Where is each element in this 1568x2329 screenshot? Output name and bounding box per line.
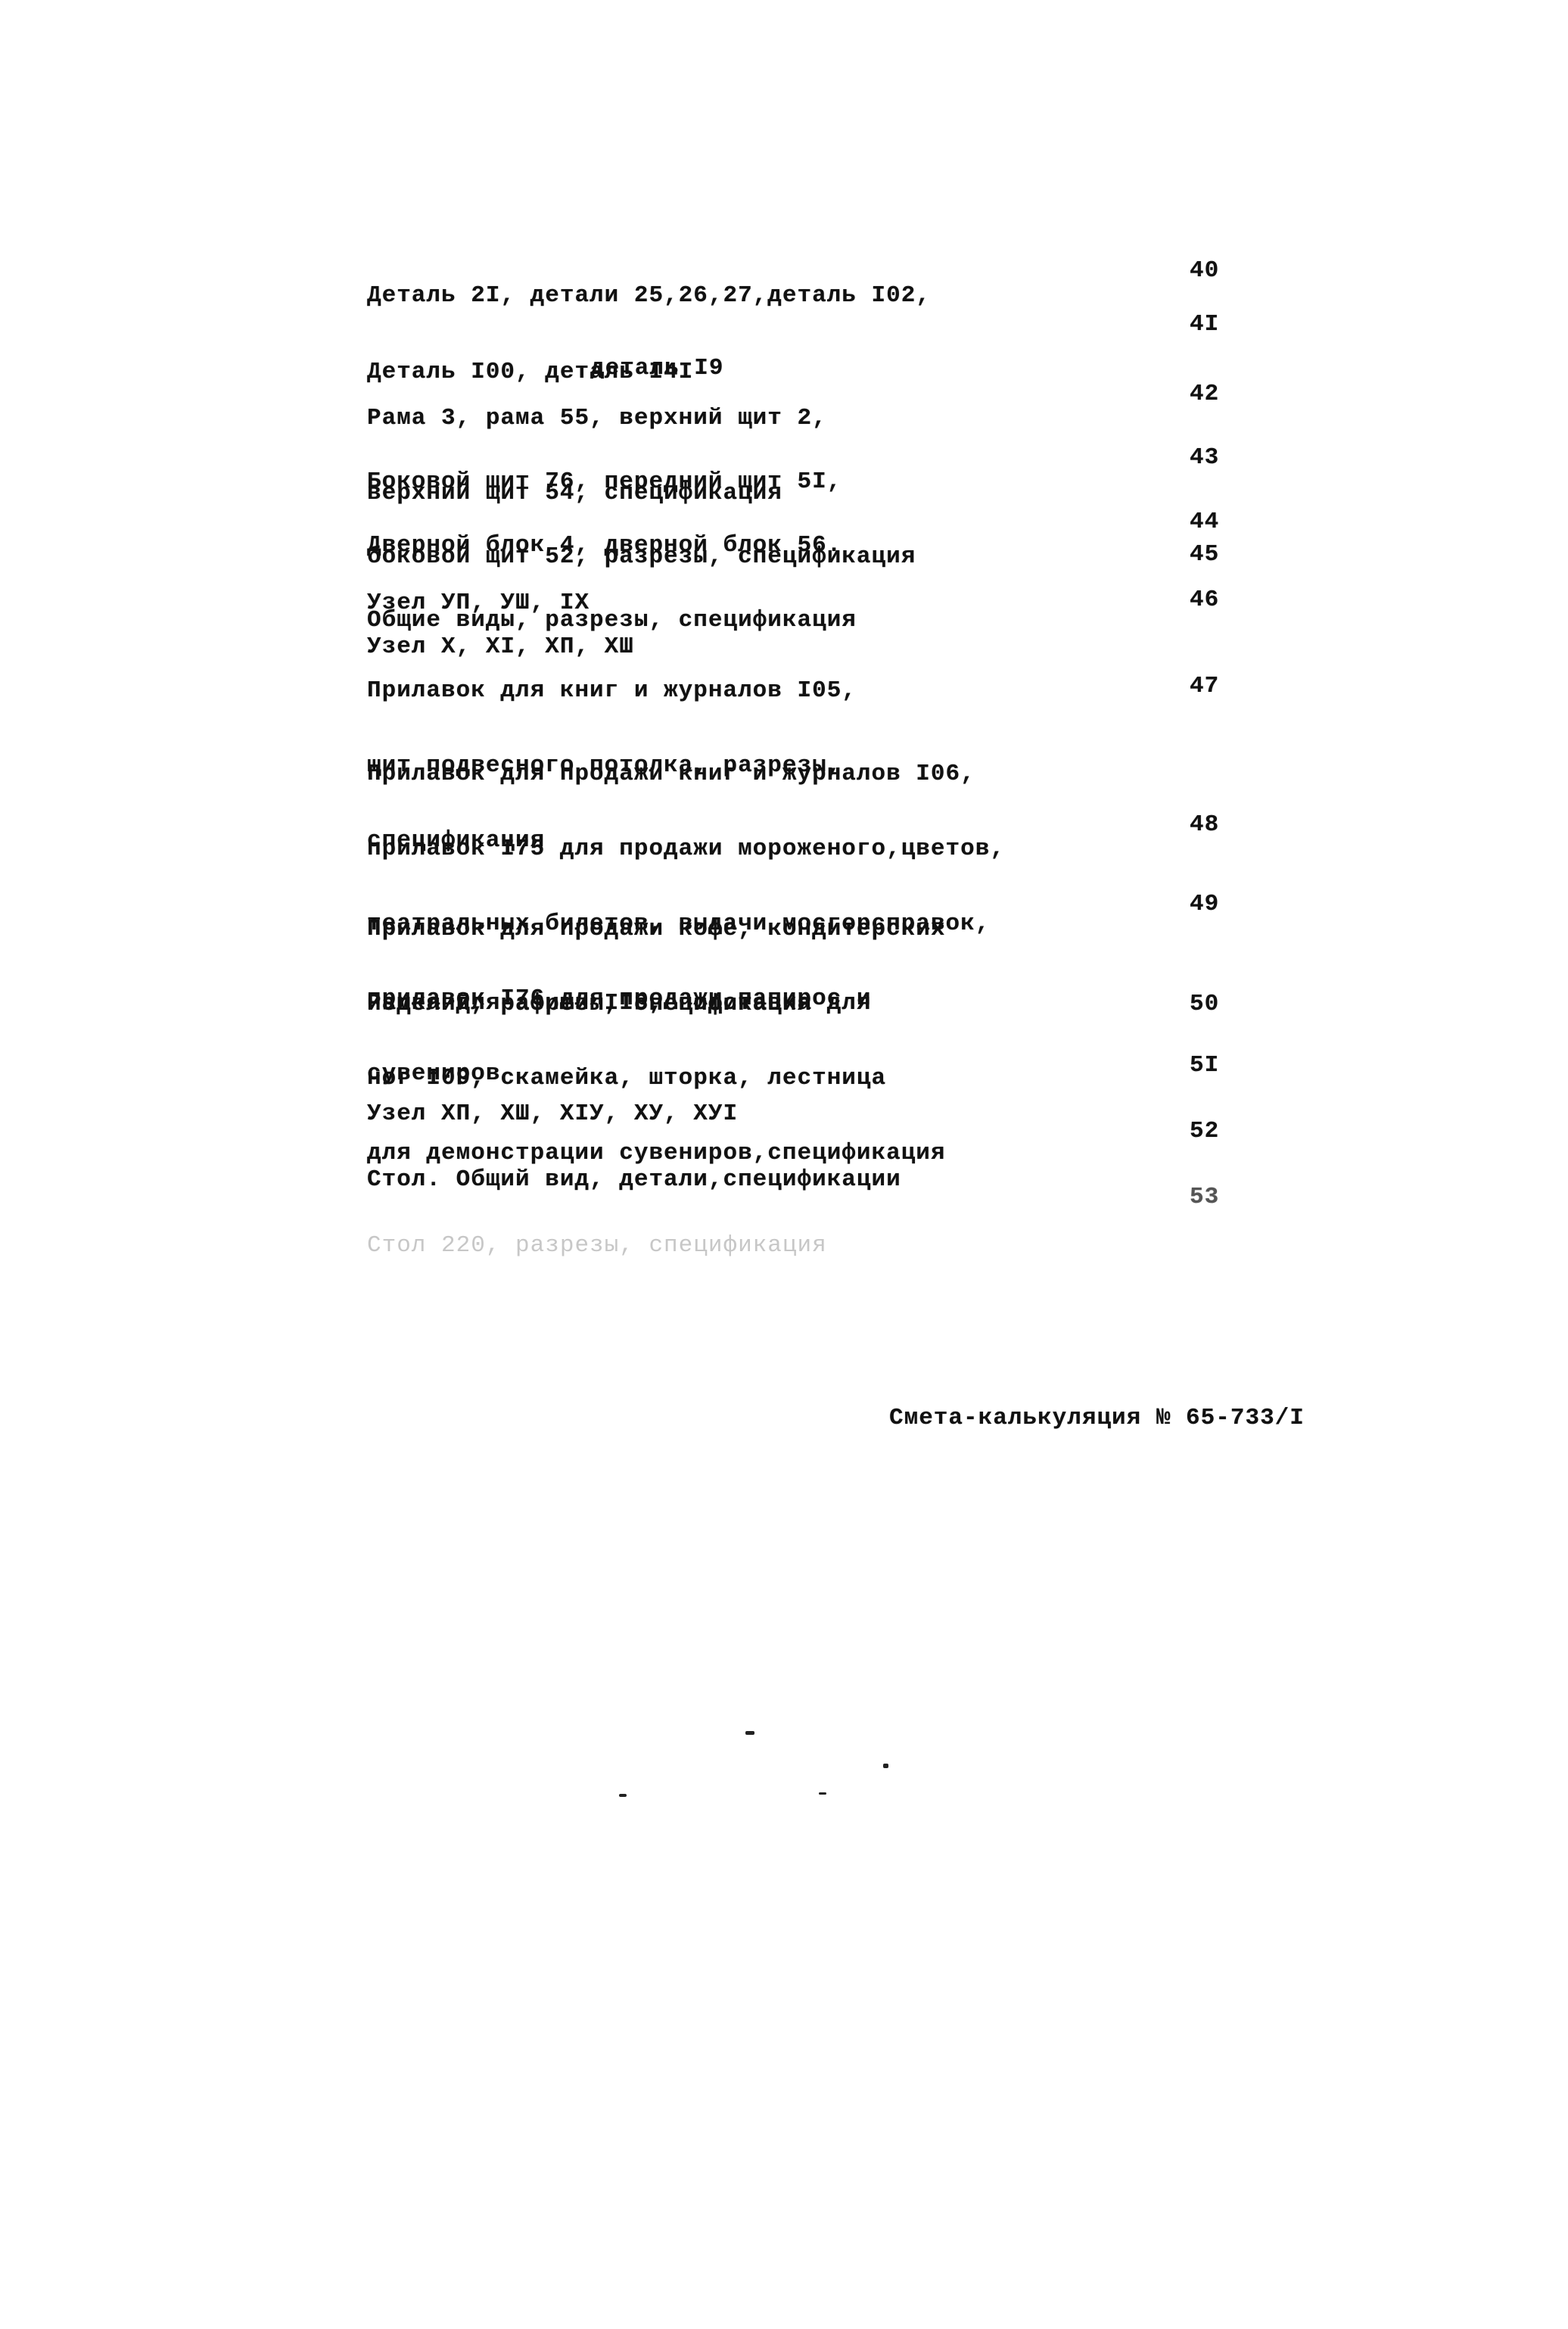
toc-page-number: 52 (1190, 1119, 1219, 1144)
toc-entry-text: Рамка для афиши II8, подставка для (367, 991, 946, 1016)
toc-page-number: 43 (1190, 445, 1219, 470)
document-page: Деталь 2I, детали 25,26,27,деталь I02, д… (0, 0, 1568, 2329)
toc-page-number: 48 (1190, 812, 1219, 837)
toc-entry-text: прилавок I75 для продажи мороженого,цвет… (367, 836, 1005, 861)
toc-page-number: 53 (1190, 1185, 1219, 1210)
toc-entry-text: Прилавок для книг и журналов I05, (367, 678, 857, 703)
toc-page-number: 44 (1190, 509, 1219, 534)
toc-page-number: 45 (1190, 542, 1219, 567)
toc-page-number: 42 (1190, 381, 1219, 406)
scan-speck (819, 1792, 826, 1795)
toc-page-number: 46 (1190, 587, 1219, 612)
toc-page-number: 40 (1190, 258, 1219, 283)
toc-page-number: 49 (1190, 892, 1219, 917)
scan-speck (745, 1731, 754, 1735)
toc-entry-faded: Стол 220, разрезы, спецификация (367, 1183, 827, 1308)
toc-entry-text: Деталь 2I, детали 25,26,27,деталь I02, (367, 283, 931, 308)
toc-page-number: 5I (1190, 1053, 1219, 1078)
toc-page-number: 4I (1190, 312, 1219, 337)
estimate-reference: Смета-калькуляция № 65-733/I (889, 1406, 1305, 1431)
scan-speck (883, 1764, 888, 1768)
scan-speck (619, 1794, 627, 1797)
toc-entry-text: Стол 220, разрезы, спецификация (367, 1233, 827, 1258)
toc-entry-text: Прилавок для продажи кофе, кондитерских (367, 917, 946, 942)
toc-entry-text: Прилавок для продажи книг и журналов I06… (367, 761, 1005, 786)
toc-page-number: 47 (1190, 674, 1219, 699)
toc-page-number: 50 (1190, 992, 1219, 1017)
